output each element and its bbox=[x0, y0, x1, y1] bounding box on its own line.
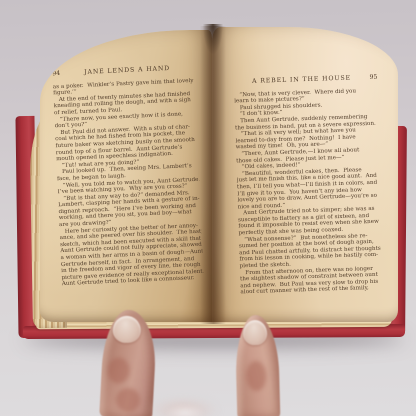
right-thumb-nail bbox=[243, 320, 267, 345]
left-page-body: as a poker. Winkler’s Pastry gave him th… bbox=[53, 77, 204, 288]
photo-of-open-book: 94 JANE LENDS A HAND as a poker. Winkler… bbox=[0, 0, 416, 416]
left-thumb-knuckle-shading bbox=[107, 357, 130, 384]
right-page-text: A REBEL IN THE HOUSE 95 “Now, that is ve… bbox=[233, 75, 384, 297]
right-thumb-knuckle-shading bbox=[246, 361, 267, 392]
left-running-title: JANE LENDS A HAND bbox=[60, 65, 194, 78]
right-running-title: A REBEL IN THE HOUSE bbox=[233, 75, 369, 86]
left-page-text: 94 JANE LENDS A HAND as a poker. Winkler… bbox=[52, 65, 204, 288]
right-page-header: A REBEL IN THE HOUSE 95 bbox=[233, 75, 377, 86]
left-thumb-knuckle-shading bbox=[116, 387, 141, 412]
left-page-header: 94 JANE LENDS A HAND bbox=[52, 65, 194, 78]
left-thumb-nail bbox=[113, 316, 141, 343]
right-page: A REBEL IN THE HOUSE 95 “Now, that is ve… bbox=[212, 27, 398, 322]
left-page: 94 JANE LENDS A HAND as a poker. Winkler… bbox=[40, 30, 212, 322]
right-page-body: “Now, that is very clever. Where did you… bbox=[234, 87, 385, 296]
blurred-hand-highlight-bright bbox=[166, 405, 204, 416]
right-page-number: 95 bbox=[369, 75, 377, 82]
